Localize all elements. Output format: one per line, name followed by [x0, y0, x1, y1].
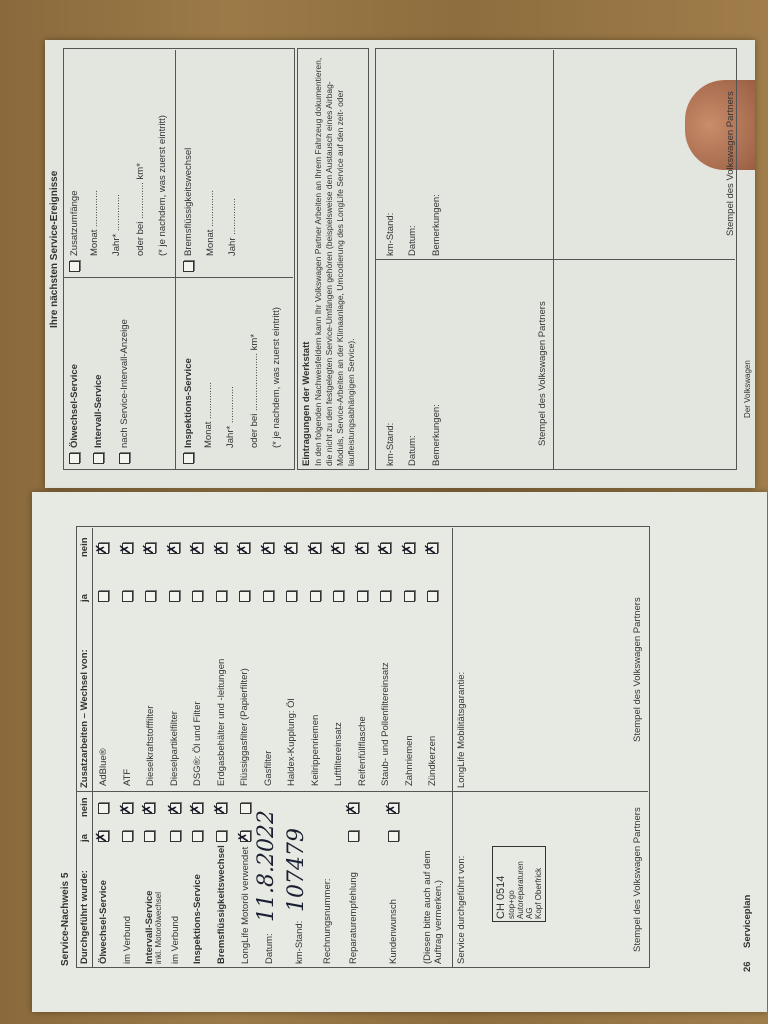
col-ja-2: ja	[79, 594, 90, 602]
service-label: Ölwechsel-Service	[98, 880, 109, 964]
right-monat: Monat ..............	[89, 190, 100, 256]
service-label: LongLife Motoröl verwendet	[240, 847, 251, 964]
col-extra: Zusatzarbeiten – Wechsel von:	[79, 649, 90, 788]
extra-nein-checkbox[interactable]	[239, 543, 250, 554]
right-note: (* je nachdem, was zuerst eintritt)	[157, 115, 168, 256]
extra-ja-checkbox[interactable]	[263, 591, 274, 602]
service-nein-checkbox[interactable]	[192, 803, 203, 814]
entry-km: km-Stand:	[385, 423, 396, 466]
datum-value: 11.8.2022	[254, 810, 279, 922]
service-sublabel: inkl. Motorölwechsel	[154, 892, 163, 964]
extra-ja-checkbox[interactable]	[145, 591, 156, 602]
extra-label: ATF	[122, 769, 133, 786]
service-label: im Verbund	[122, 916, 133, 964]
zusatz-checkbox[interactable]	[69, 261, 80, 272]
entry-datum: Datum:	[407, 435, 418, 466]
extra-label: Flüssiggasfilter (Papierfilter)	[239, 668, 250, 786]
extra-ja-checkbox[interactable]	[357, 591, 368, 602]
service-nein-checkbox[interactable]	[144, 803, 155, 814]
extra-ja-checkbox[interactable]	[239, 591, 250, 602]
kunden-ja[interactable]	[388, 831, 399, 842]
extra-ja-checkbox[interactable]	[427, 591, 438, 602]
stamp-label-2: Stempel des Volkswagen Partners	[632, 597, 643, 742]
service-ja-checkbox[interactable]	[170, 831, 181, 842]
extra-label: Staub- und Pollenfiltereinsatz	[380, 662, 391, 786]
entry-datum: Datum:	[407, 225, 418, 256]
extra-ja-checkbox[interactable]	[98, 591, 109, 602]
service-nein-checkbox[interactable]	[122, 803, 133, 814]
reparatur-ja[interactable]	[348, 831, 359, 842]
werkstatt-text: In den folgenden Nachweisfeldern kann Ih…	[313, 56, 357, 466]
left-note: (* je nachdem, was zuerst eintritt)	[271, 307, 282, 448]
extra-ja-checkbox[interactable]	[216, 591, 227, 602]
extra-ja-checkbox[interactable]	[333, 591, 344, 602]
extra-nein-checkbox[interactable]	[357, 543, 368, 554]
left-jahr: Jahr* ..............	[225, 386, 236, 448]
km-label: km-Stand:	[294, 921, 305, 964]
extra-ja-checkbox[interactable]	[310, 591, 321, 602]
werkstatt-heading: Eintragungen der Werkstatt	[301, 342, 312, 466]
entry-bemerkungen: Bemerkungen:	[431, 194, 442, 256]
extra-nein-checkbox[interactable]	[427, 543, 438, 554]
brems-checkbox[interactable]	[183, 261, 194, 272]
extra-nein-checkbox[interactable]	[404, 543, 415, 554]
col-done: Durchgeführt wurde:	[79, 870, 90, 964]
service-ja-checkbox[interactable]	[192, 831, 203, 842]
entry-stamp-label: Stempel des Volkswagen Partners	[537, 301, 548, 446]
reparatur-nein[interactable]	[348, 803, 359, 814]
service-ja-checkbox[interactable]	[240, 831, 251, 842]
brems-label: Bremsflüssigkeitswechsel	[183, 148, 194, 256]
next-service-checkbox[interactable]	[69, 453, 80, 464]
service-nein-checkbox[interactable]	[240, 803, 251, 814]
left-monat: Monat ..............	[203, 382, 214, 448]
extra-label: Zündkerzen	[427, 736, 438, 786]
lower-page-content: Service-Nachweis 5 Durchgeführt wurde: j…	[32, 492, 767, 1012]
extra-nein-checkbox[interactable]	[310, 543, 321, 554]
extra-nein-checkbox[interactable]	[263, 543, 274, 554]
next-service-checkbox[interactable]	[183, 453, 194, 464]
brems-monat: Monat ..............	[205, 190, 216, 256]
extra-ja-checkbox[interactable]	[192, 591, 203, 602]
extra-label: Gasfilter	[263, 751, 274, 786]
upper-page: Ihre nächsten Service-Ereignisse Ölwechs…	[45, 40, 755, 488]
extra-nein-checkbox[interactable]	[286, 543, 297, 554]
zusatz-label: Zusatzumfänge	[69, 191, 80, 256]
next-service-label: Inspektions-Service	[183, 358, 194, 448]
extra-ja-checkbox[interactable]	[286, 591, 297, 602]
service-ja-checkbox[interactable]	[144, 831, 155, 842]
stamp-label-1: Stempel des Volkswagen Partners	[632, 807, 643, 952]
extra-nein-checkbox[interactable]	[169, 543, 180, 554]
service-ja-checkbox[interactable]	[122, 831, 133, 842]
extra-ja-checkbox[interactable]	[169, 591, 180, 602]
entry-km: km-Stand:	[385, 213, 396, 256]
extra-label: DSG®: Öl und Filter	[192, 701, 203, 786]
service-ja-checkbox[interactable]	[216, 831, 227, 842]
extra-nein-checkbox[interactable]	[122, 543, 133, 554]
next-service-label: Intervall-Service	[93, 375, 104, 448]
rechnung-label: Rechnungsnummer:	[322, 878, 333, 964]
col-nein-2: nein	[79, 537, 90, 557]
dealer-stamp: CH 0514 stop+go Autoreparaturen AG Kopf …	[492, 846, 546, 922]
extra-label: Keilrippenriemen	[310, 715, 321, 786]
extra-nein-checkbox[interactable]	[216, 543, 227, 554]
col-nein: nein	[79, 797, 90, 817]
datum-label: Datum:	[264, 933, 275, 964]
extra-ja-checkbox[interactable]	[122, 591, 133, 602]
extra-label: Erdgasbehälter und -leitungen	[216, 659, 227, 786]
extra-label: Reifenfüllflasche	[357, 716, 368, 786]
extra-label: Dieselpartikelfilter	[169, 711, 180, 786]
lower-title: Service-Nachweis 5	[60, 873, 71, 966]
lower-page: Service-Nachweis 5 Durchgeführt wurde: j…	[32, 492, 767, 1012]
right-oder_bei: oder bei .............. km*	[135, 163, 146, 256]
upper-title: Ihre nächsten Service-Ereignisse	[49, 171, 60, 328]
right-jahr: Jahr* ..............	[111, 194, 122, 256]
footer-brand: Der Volkswagen	[743, 360, 752, 418]
extra-nein-checkbox[interactable]	[145, 543, 156, 554]
service-nein-checkbox[interactable]	[216, 803, 227, 814]
col-ja: ja	[79, 834, 90, 842]
extra-nein-checkbox[interactable]	[380, 543, 391, 554]
extra-label: Haldex-Kupplung: Öl	[286, 698, 297, 786]
kunden-nein[interactable]	[388, 803, 399, 814]
mobility-label: LongLife Mobilitätsgarantie:	[456, 672, 467, 788]
extra-label: Luftfiltereinsatz	[333, 722, 344, 786]
next-service-checkbox[interactable]	[93, 453, 104, 464]
page-number: 26	[742, 961, 753, 972]
service-by: Service durchgeführt von:	[456, 856, 467, 964]
left-oder_bei: oder bei ...................... km*	[249, 334, 260, 448]
extra-nein-checkbox[interactable]	[98, 543, 109, 554]
service-label: im Verbund	[170, 916, 181, 964]
extra-label: Zahnriemen	[404, 735, 415, 786]
extra-nein-checkbox[interactable]	[192, 543, 203, 554]
service-nein-checkbox[interactable]	[98, 803, 109, 814]
service-nein-checkbox[interactable]	[170, 803, 181, 814]
service-ja-checkbox[interactable]	[98, 831, 109, 842]
entry-bemerkungen: Bemerkungen:	[431, 404, 442, 466]
next-service-checkbox[interactable]	[119, 453, 130, 464]
section-name: Serviceplan	[742, 895, 753, 948]
extra-nein-checkbox[interactable]	[333, 543, 344, 554]
next-service-label: Ölwechsel-Service	[69, 364, 80, 448]
km-value: 107479	[284, 828, 309, 912]
brems-jahr: Jahr ..............	[227, 198, 238, 256]
extra-label: AdBlue®	[98, 748, 109, 786]
auftrag-note: (Diesen bitte auch auf dem Auftrag verme…	[422, 824, 444, 964]
entry-stamp-label: Stempel des Volkswagen Partners	[725, 91, 736, 236]
kunden-label: Kundenwunsch	[388, 899, 399, 964]
extra-ja-checkbox[interactable]	[380, 591, 391, 602]
reparatur-label: Reparaturempfehlung	[348, 872, 359, 964]
extra-label: Dieselkraftstofffilter	[145, 706, 156, 786]
service-label: Bremsflüssigkeitswechsel	[216, 845, 227, 964]
extra-ja-checkbox[interactable]	[404, 591, 415, 602]
upper-page-content: Ihre nächsten Service-Ereignisse Ölwechs…	[45, 40, 755, 488]
next-service-label: nach Service-Intervall-Anzeige	[119, 319, 130, 448]
service-label: Inspektions-Service	[192, 874, 203, 964]
